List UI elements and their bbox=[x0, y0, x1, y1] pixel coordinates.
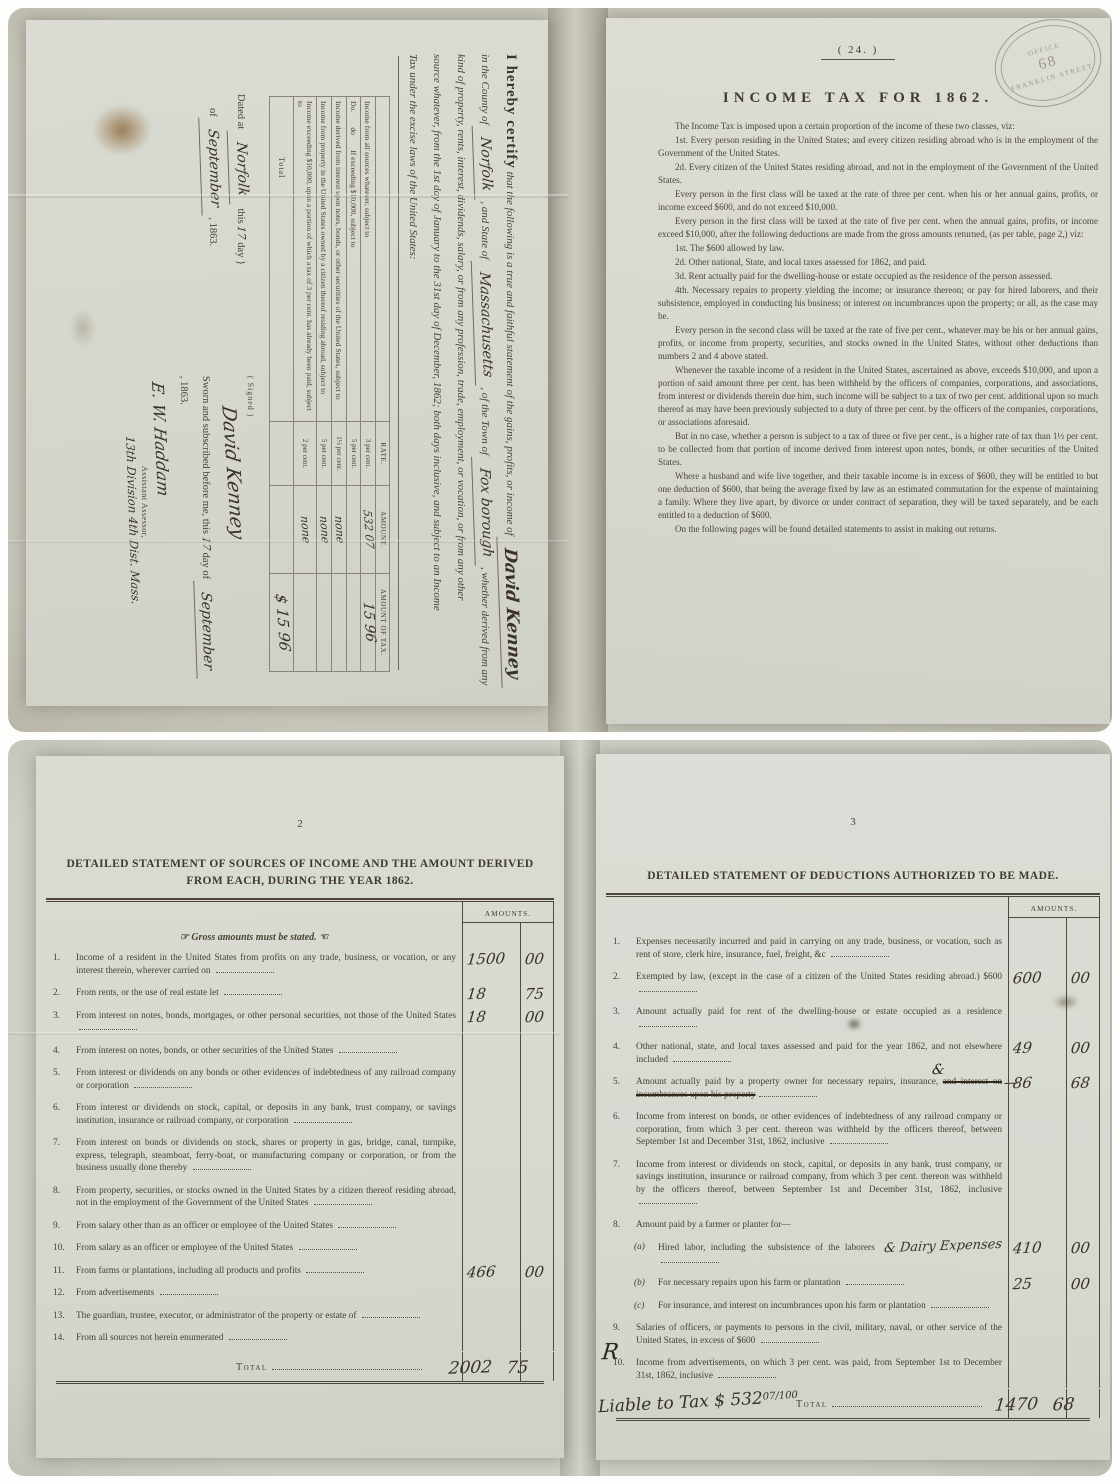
spacer-row bbox=[606, 918, 1100, 932]
dotted-leader bbox=[931, 1300, 989, 1308]
item-text: Hired labor, including the subsistence o… bbox=[658, 1243, 875, 1253]
item-number: 9. bbox=[613, 1322, 620, 1335]
amount-dollars-handwriting: 49 bbox=[1008, 1037, 1033, 1058]
dotted-leader bbox=[224, 987, 282, 995]
deductions-page: 3 DETAILED STATEMENT OF DEDUCTIONS AUTHO… bbox=[596, 754, 1110, 1460]
amount-dollars-handwriting: 18 bbox=[462, 1005, 487, 1026]
deduction-item-row: 2.Exempted by law, (except in the case o… bbox=[606, 967, 1100, 1002]
item-text: Amount paid by a farmer or planter for— bbox=[636, 1220, 791, 1230]
amount-cents-handwriting: 00 bbox=[520, 948, 545, 969]
amount-cents-handwriting: 75 bbox=[520, 983, 545, 1004]
item-number: 7. bbox=[613, 1159, 620, 1172]
item-number: 10. bbox=[53, 1242, 65, 1255]
certificate-line4: source whatever, from the 1st day of Jan… bbox=[425, 54, 449, 680]
page-gutter bbox=[560, 740, 600, 1476]
instruction-paragraph: 3d. Rent actually paid for the dwelling-… bbox=[658, 270, 1098, 283]
item-number: (b) bbox=[634, 1277, 645, 1290]
item-number: 1. bbox=[53, 952, 60, 965]
income-item-row: 1.Income of a resident in the United Sta… bbox=[46, 948, 554, 983]
inline-handwriting: & Dairy Expenses bbox=[883, 1239, 1002, 1256]
certificate-table-row: Income exceeding $10,000, upon a portion… bbox=[294, 97, 317, 672]
instruction-paragraph: On the following pages will be found det… bbox=[658, 523, 1098, 536]
income-item-row: 4.From interest on notes, bonds, or othe… bbox=[46, 1041, 554, 1064]
income-item-row: 2.From rents, or the use of real estate … bbox=[46, 983, 554, 1006]
dated-month-handwriting: September bbox=[198, 118, 229, 219]
item-text: From salary other than as an officer or … bbox=[76, 1221, 333, 1231]
handwritten-mark: R bbox=[601, 1347, 619, 1360]
certificate-table-row: Income from property in the United State… bbox=[317, 97, 332, 672]
item-text: From property, securities, or stocks own… bbox=[76, 1186, 456, 1209]
dated-place-handwriting: Norfolk bbox=[227, 131, 257, 208]
dotted-leader bbox=[846, 1277, 904, 1285]
certificate-opening-line: I hereby certify that the following is a… bbox=[498, 54, 524, 680]
certificate-page: I hereby certify that the following is a… bbox=[26, 20, 548, 706]
income-item-row: 13.The guardian, trustee, executor, or a… bbox=[46, 1306, 554, 1329]
dated-block: Dated at Norfolk this 17 day } of Septem… bbox=[126, 94, 255, 350]
deduction-item-row: 7.Income from interest or dividends on s… bbox=[606, 1155, 1100, 1215]
amounts-header-row: AMOUNTS. bbox=[606, 897, 1100, 918]
certificate-table-header-row: RATE. AMOUNT. AMOUNT OF TAX. bbox=[376, 97, 390, 672]
total-label: Total bbox=[796, 1399, 828, 1410]
deduction-item-row: 4.Other national, state, and local taxes… bbox=[606, 1037, 1100, 1072]
income-item-row: 5.From interest or dividends on any bond… bbox=[46, 1063, 554, 1098]
dated-day-handwriting: 17 bbox=[228, 225, 255, 241]
item-text: Salaries of officers, or payments to per… bbox=[636, 1323, 1002, 1346]
total-dollars-handwriting: 2002 bbox=[448, 1351, 494, 1379]
amount-dollars-handwriting: 18 bbox=[462, 983, 487, 1004]
dotted-leader bbox=[639, 1019, 697, 1027]
amounts-column-header: AMOUNTS. bbox=[462, 902, 554, 923]
amount-cents-handwriting: 00 bbox=[1066, 967, 1091, 988]
item-text: Income from interest on bonds, or other … bbox=[636, 1112, 1002, 1147]
certificate-table-row: Do. do If exceeding $10,000, subject to … bbox=[347, 97, 361, 672]
page-number: 3 bbox=[596, 816, 1110, 828]
amount-cents-handwriting: 00 bbox=[1066, 1237, 1091, 1258]
dotted-leader bbox=[761, 1335, 819, 1343]
instruction-paragraph: But in no case, whether a person is subj… bbox=[658, 430, 1098, 469]
instruction-paragraph: 2d. Every citizen of the United States r… bbox=[658, 161, 1098, 187]
income-item-row: 7.From interest on bonds or dividends on… bbox=[46, 1133, 554, 1181]
certificate-table-row: Income from all sources whatever, subjec… bbox=[361, 97, 376, 672]
item-text: From farms or plantations, including all… bbox=[76, 1266, 301, 1276]
amount-handwriting: 532 07 bbox=[363, 510, 375, 549]
item-text: Income from interest or dividends on sto… bbox=[636, 1160, 1002, 1195]
item-text: From all sources not herein enumerated bbox=[76, 1333, 223, 1343]
amount-handwriting: none bbox=[319, 515, 330, 543]
instruction-paragraph: 1st. Every person residing in the United… bbox=[658, 134, 1098, 160]
item-number: 3. bbox=[613, 1006, 620, 1019]
instruction-paragraph: Every person in the first class will be … bbox=[658, 215, 1098, 241]
assessor-signature: E. W. Haddam bbox=[148, 380, 173, 497]
item-number: 9. bbox=[53, 1220, 60, 1233]
deduction-item-row: 3.Amount actually paid for rent of the d… bbox=[606, 1002, 1100, 1037]
instruction-paragraph: Whenever the taxable income of a residen… bbox=[658, 364, 1098, 429]
item-number: 4. bbox=[53, 1045, 60, 1058]
instructions-body: The Income Tax is imposed upon a certain… bbox=[606, 120, 1110, 536]
item-text: From rents, or the use of real estate le… bbox=[76, 988, 219, 998]
item-number: 2. bbox=[53, 987, 60, 1000]
deductions-table: AMOUNTS. 1.Expenses necessarily incurred… bbox=[606, 897, 1100, 1421]
dotted-leader bbox=[314, 1197, 372, 1205]
state-handwriting: Massachusetts bbox=[471, 261, 500, 389]
item-text: Amount actually paid by a property owner… bbox=[636, 1077, 938, 1087]
income-item-row: 8.From property, securities, or stocks o… bbox=[46, 1181, 554, 1216]
deduction-item-row: 6.Income from interest on bonds, or othe… bbox=[606, 1107, 1100, 1155]
dotted-leader bbox=[661, 1255, 719, 1263]
instruction-paragraph: 4th. Necessary repairs to property yield… bbox=[658, 284, 1098, 323]
item-number: 11. bbox=[53, 1265, 64, 1278]
deduction-item-row: 8.Amount paid by a farmer or planter for… bbox=[606, 1215, 1100, 1238]
dotted-leader bbox=[830, 1136, 888, 1144]
item-number: 5. bbox=[53, 1067, 60, 1080]
item-number: 6. bbox=[53, 1102, 60, 1115]
amounts-header-row: AMOUNTS. bbox=[46, 902, 554, 923]
page-number: 2 bbox=[36, 818, 564, 830]
dotted-leader bbox=[79, 1022, 137, 1030]
dotted-leader bbox=[673, 1054, 731, 1062]
dotted-leader bbox=[362, 1310, 420, 1318]
item-number: 2. bbox=[613, 971, 620, 984]
dotted-leader bbox=[718, 1370, 776, 1378]
item-text: Income from advertisements, on which 3 p… bbox=[636, 1358, 1002, 1381]
deduction-item-row: (c)For insurance, and interest on incumb… bbox=[606, 1296, 1100, 1319]
income-item-row: 14.From all sources not herein enumerate… bbox=[46, 1328, 554, 1351]
deduction-item-row: 5.Amount actually paid by a property own… bbox=[606, 1072, 1100, 1107]
amount-dollars-handwriting: 466 bbox=[462, 1260, 497, 1281]
item-number: 5. bbox=[613, 1076, 620, 1089]
certificate-line5: Tax under the excise laws of the United … bbox=[401, 54, 425, 680]
taxpayer-name-handwriting: David Kenney bbox=[496, 537, 526, 690]
assessor-division-handwriting: 13th Division 4th Dist. Mass. bbox=[123, 435, 143, 605]
amount-handwriting: none bbox=[334, 515, 345, 543]
item-text: Exempted by law, (except in the case of … bbox=[636, 972, 1002, 982]
town-handwriting: Fox borough bbox=[471, 456, 500, 568]
income-item-row: 6.From interest or dividends on stock, c… bbox=[46, 1098, 554, 1133]
dotted-leader bbox=[832, 1399, 982, 1407]
deduction-item-row: (a)Hired labor, including the subsistenc… bbox=[606, 1237, 1100, 1273]
dotted-leader bbox=[160, 1287, 218, 1295]
dotted-leader bbox=[272, 1362, 422, 1370]
total-dollars-handwriting: 1470 bbox=[994, 1388, 1040, 1416]
item-number: 14. bbox=[53, 1332, 65, 1345]
sworn-month-handwriting: September bbox=[193, 581, 220, 681]
rule bbox=[821, 59, 895, 60]
dotted-leader bbox=[338, 1220, 396, 1228]
instruction-paragraph: Every person in the first class will be … bbox=[658, 188, 1098, 214]
dotted-leader bbox=[831, 949, 889, 957]
bottom-rule bbox=[56, 1381, 544, 1384]
income-item-row: 3.From interest on notes, bonds, mortgag… bbox=[46, 1006, 554, 1041]
item-text: From salary as an officer or employee of… bbox=[76, 1243, 293, 1253]
item-number: 12. bbox=[53, 1287, 65, 1300]
item-number: 13. bbox=[53, 1310, 65, 1323]
item-text: Amount actually paid for rent of the dwe… bbox=[636, 1007, 1002, 1017]
deduction-item-row: 9.Salaries of officers, or payments to p… bbox=[606, 1318, 1100, 1353]
dotted-leader bbox=[216, 965, 274, 973]
amount-cents-handwriting: 00 bbox=[520, 1260, 545, 1281]
amount-cents-handwriting: 00 bbox=[520, 1005, 545, 1026]
sworn-statement: Sworn and subscribed before me, this 17 … bbox=[172, 376, 218, 680]
deduction-item-row: 10.RIncome from advertisements, on which… bbox=[606, 1353, 1100, 1388]
instructions-page: OFFICE 68 FRANKLIN STREET ( 24. ) INCOME… bbox=[606, 18, 1110, 724]
item-number: 3. bbox=[53, 1010, 60, 1023]
item-number: (a) bbox=[634, 1241, 645, 1254]
item-number: (c) bbox=[634, 1300, 644, 1313]
item-text: For insurance, and interest on incumbran… bbox=[658, 1301, 926, 1311]
taxpayer-signature: David Kenney bbox=[217, 405, 249, 541]
income-items: 1.Income of a resident in the United Sta… bbox=[46, 948, 554, 1351]
total-cents-handwriting: 68 bbox=[1052, 1389, 1076, 1416]
rule bbox=[398, 56, 399, 670]
amount-cents-handwriting: 00 bbox=[1066, 1273, 1091, 1294]
certificate-tax-table: RATE. AMOUNT. AMOUNT OF TAX. Income from… bbox=[269, 96, 390, 672]
amount-cents-handwriting: 00 bbox=[1066, 1037, 1091, 1058]
item-text: For necessary repairs upon his farm or p… bbox=[658, 1278, 841, 1288]
item-text: From interest on bonds or dividends on s… bbox=[76, 1138, 456, 1173]
certificate-line3: kind of property, rents, interest, divid… bbox=[449, 54, 473, 680]
item-text: Expenses necessarily incurred and paid i… bbox=[636, 937, 1002, 960]
signature-block: ( Signed ) David Kenney Sworn and subscr… bbox=[126, 376, 255, 680]
gross-amounts-note-row: ☞ Gross amounts must be stated. ☜ bbox=[46, 923, 554, 948]
item-number: 8. bbox=[53, 1185, 60, 1198]
income-item-row: 12.From advertisements bbox=[46, 1283, 554, 1306]
amount-dollars-handwriting: 410 bbox=[1008, 1236, 1043, 1257]
total-row: Total 2002 75 bbox=[46, 1351, 554, 1381]
item-text: From interest on notes, bonds, or other … bbox=[76, 1046, 333, 1056]
item-text: From interest on notes, bonds, mortgages… bbox=[76, 1011, 456, 1021]
income-item-row: 10.From salary as an officer or employee… bbox=[46, 1238, 554, 1261]
item-text: From interest or dividends on stock, cap… bbox=[76, 1103, 456, 1126]
dotted-leader bbox=[294, 1115, 352, 1123]
dotted-leader bbox=[639, 1196, 697, 1204]
amount-dollars-handwriting: 25 bbox=[1008, 1273, 1033, 1294]
dotted-leader bbox=[759, 1089, 817, 1097]
amounts-column-header: AMOUNTS. bbox=[1008, 897, 1100, 918]
gross-amounts-note: ☞ Gross amounts must be stated. ☜ bbox=[46, 923, 462, 948]
instruction-paragraph: 2d. Other national, State, and local tax… bbox=[658, 256, 1098, 269]
photo-bottom-spread: 2 DETAILED STATEMENT OF SOURCES OF INCOM… bbox=[8, 740, 1112, 1476]
amount-dollars-handwriting: 86 bbox=[1008, 1072, 1033, 1093]
instruction-paragraph: Every person in the second class will be… bbox=[658, 324, 1098, 363]
dotted-leader bbox=[229, 1332, 287, 1340]
tax-handwriting: 15 96 bbox=[363, 602, 375, 643]
amount-handwriting: none bbox=[300, 515, 311, 543]
sworn-day-handwriting: 17 bbox=[195, 535, 218, 551]
dotted-leader bbox=[134, 1080, 192, 1088]
income-sources-title: DETAILED STATEMENT OF SOURCES OF INCOME … bbox=[62, 856, 538, 890]
deduction-items: 1.Expenses necessarily incurred and paid… bbox=[606, 932, 1100, 1388]
bottom-rule bbox=[616, 1418, 1090, 1421]
item-number: 7. bbox=[53, 1137, 60, 1150]
deductions-title: DETAILED STATEMENT OF DEDUCTIONS AUTHORI… bbox=[622, 868, 1084, 885]
item-number: 1. bbox=[613, 936, 620, 949]
amount-cents-handwriting: 68 bbox=[1066, 1072, 1091, 1093]
rotated-certificate-content: I hereby certify that the following is a… bbox=[26, 20, 548, 706]
instruction-paragraph: The Income Tax is imposed upon a certain… bbox=[658, 120, 1098, 133]
income-item-row: 11.From farms or plantations, including … bbox=[46, 1261, 554, 1284]
dotted-leader bbox=[299, 1242, 357, 1250]
instruction-paragraph: 1st. The $600 allowed by law. bbox=[658, 242, 1098, 255]
amount-dollars-handwriting: 600 bbox=[1008, 966, 1043, 987]
item-text: The guardian, trustee, executor, or admi… bbox=[76, 1311, 357, 1321]
dotted-leader bbox=[193, 1162, 251, 1170]
photo-top-spread: I hereby certify that the following is a… bbox=[8, 8, 1112, 732]
county-handwriting: Norfolk bbox=[472, 126, 500, 203]
dotted-leader bbox=[639, 984, 697, 992]
amount-dollars-handwriting: 1500 bbox=[462, 947, 506, 969]
item-number: 6. bbox=[613, 1111, 620, 1124]
page-gutter bbox=[548, 8, 608, 732]
total-label: Total bbox=[236, 1362, 268, 1373]
certificate-table-row: Income derived from interest upon notes,… bbox=[332, 97, 347, 672]
dotted-leader bbox=[339, 1045, 397, 1053]
income-sources-page: 2 DETAILED STATEMENT OF SOURCES OF INCOM… bbox=[36, 756, 564, 1458]
deduction-item-row: 1.Expenses necessarily incurred and paid… bbox=[606, 932, 1100, 967]
certify-heading: I hereby certify bbox=[503, 54, 519, 169]
instruction-paragraph: Where a husband and wife live together, … bbox=[658, 470, 1098, 522]
total-cents-handwriting: 75 bbox=[506, 1351, 530, 1378]
total-tax-handwriting: $ 15 96 bbox=[276, 593, 289, 651]
income-item-row: 9.From salary other than as an officer o… bbox=[46, 1216, 554, 1239]
item-text: From advertisements bbox=[76, 1288, 154, 1298]
item-text: From interest or dividends on any bonds … bbox=[76, 1068, 456, 1091]
handwritten-mark: & bbox=[931, 1064, 945, 1077]
deduction-item-row: (b)For necessary repairs upon his farm o… bbox=[606, 1273, 1100, 1296]
scanned-tax-document: I hereby certify that the following is a… bbox=[0, 0, 1119, 1482]
item-number: 4. bbox=[613, 1041, 620, 1054]
income-sources-table: AMOUNTS. ☞ Gross amounts must be stated.… bbox=[46, 902, 554, 1384]
item-number: 8. bbox=[613, 1219, 620, 1232]
certificate-total-row: Total $ 15 96 bbox=[270, 97, 294, 672]
dotted-leader bbox=[306, 1265, 364, 1273]
certificate-line2: in the County of Norfolk, and State of M… bbox=[473, 54, 498, 680]
